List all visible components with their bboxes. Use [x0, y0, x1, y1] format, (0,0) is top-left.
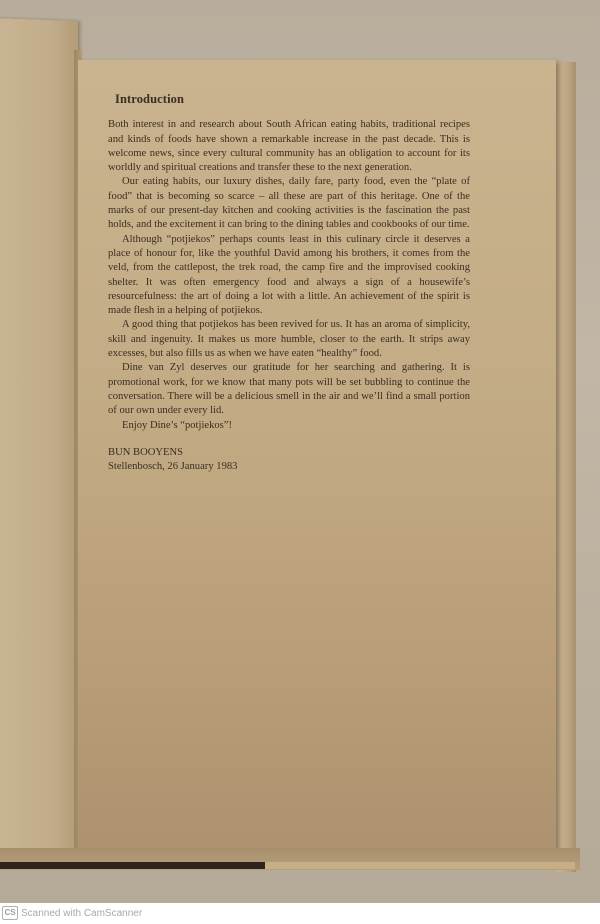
paragraph: Our eating habits, our luxury dishes, da…: [108, 175, 470, 232]
page-content: Introduction Both interest in and resear…: [108, 92, 470, 474]
watermark-text: Scanned with CamScanner: [21, 908, 142, 919]
closing-line: Enjoy Dine’s “potjiekos”!: [108, 419, 470, 433]
paragraph: Although “potjiekos” perhaps counts leas…: [108, 233, 470, 319]
cover-band-dark: [0, 862, 265, 869]
book-photo: Introduction Both interest in and resear…: [0, 0, 600, 903]
paragraph: Both interest in and research about Sout…: [108, 118, 470, 175]
camscanner-logo-icon: CS: [2, 906, 18, 920]
left-page: [0, 18, 78, 851]
paragraph: A good thing that potjiekos has been rev…: [108, 318, 470, 361]
signature-block: BUN BOOYENS Stellenbosch, 26 January 198…: [108, 446, 470, 475]
signature-place-date: Stellenbosch, 26 January 1983: [108, 460, 470, 474]
signature-name: BUN BOOYENS: [108, 446, 470, 460]
page-heading: Introduction: [115, 92, 470, 106]
cover-band-light: [265, 862, 575, 869]
page-edge: [556, 62, 576, 872]
scanner-watermark: CS Scanned with CamScanner: [2, 905, 142, 921]
paragraph: Dine van Zyl deserves our gratitude for …: [108, 361, 470, 418]
